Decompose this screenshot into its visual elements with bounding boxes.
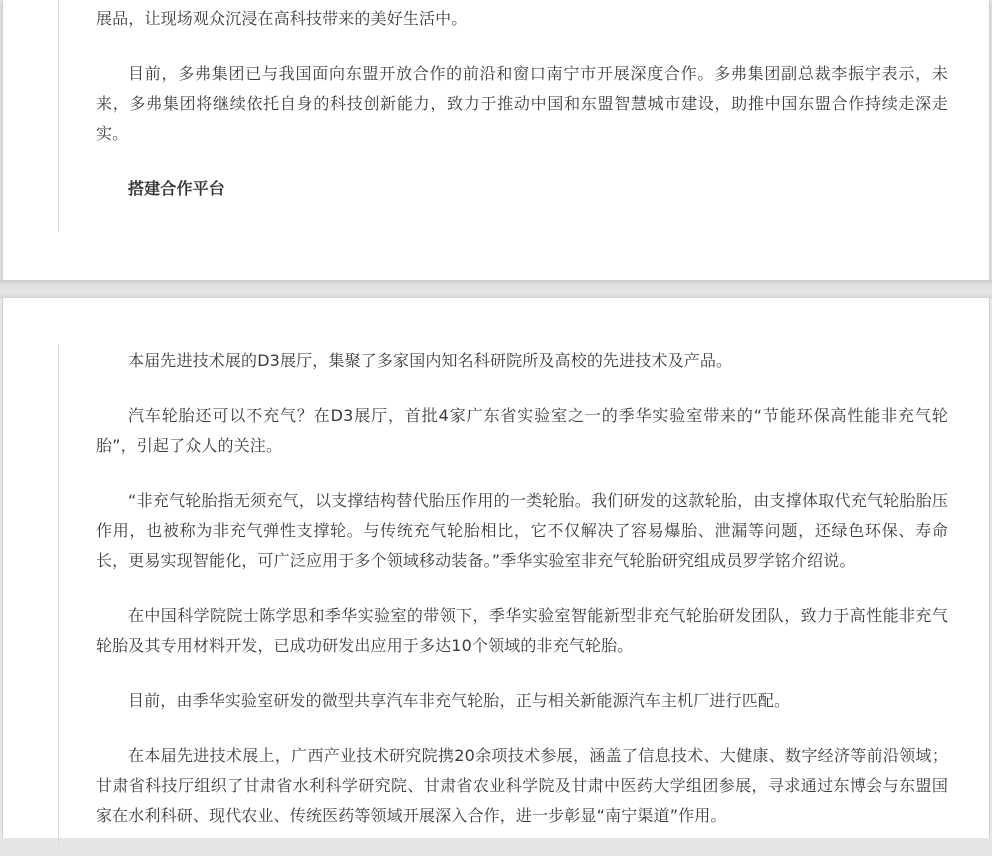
document-page-2: 本届先进技术展的D3展厅，集聚了多家国内知名科研院所及高校的先进技术及产品。 汽… (2, 298, 990, 833)
page-separator (0, 280, 992, 298)
paragraph: “非充气轮胎指无须充气，以支撑结构替代胎压作用的一类轮胎。我们研发的这款轮胎，由… (96, 486, 948, 576)
page-margin-rule (58, 344, 59, 833)
paragraph: 汽车轮胎还可以不充气？在D3展厅，首批4家广东省实验室之一的季华实验室带来的“节… (96, 401, 948, 461)
paragraph: 本届先进技术展的D3展厅，集聚了多家国内知名科研院所及高校的先进技术及产品。 (96, 346, 948, 376)
paragraph-continued: 展品，让现场观众沉浸在高科技带来的美好生活中。 (96, 4, 948, 34)
paragraph: 目前，由季华实验室研发的微型共享汽车非充气轮胎，正与相关新能源汽车主机厂进行匹配… (96, 686, 948, 716)
paragraph: 在本届先进技术展上，广西产业技术研究院携20余项技术参展，涵盖了信息技术、大健康… (96, 741, 948, 831)
paragraph: 目前，多弗集团已与我国面向东盟开放合作的前沿和窗口南宁市开展深度合作。多弗集团副… (96, 59, 948, 149)
document-page-1: 展品，让现场观众沉浸在高科技带来的美好生活中。 目前，多弗集团已与我国面向东盟开… (2, 0, 990, 280)
page-1-content: 展品，让现场观众沉浸在高科技带来的美好生活中。 目前，多弗集团已与我国面向东盟开… (96, 4, 948, 229)
paragraph: 在中国科学院院士陈学思和季华实验室的带领下，季华实验室智能新型非充气轮胎研发团队… (96, 601, 948, 661)
page-margin-rule (58, 0, 59, 232)
section-heading: 搭建合作平台 (96, 174, 948, 204)
page-2-content: 本届先进技术展的D3展厅，集聚了多家国内知名科研院所及高校的先进技术及产品。 汽… (96, 346, 948, 833)
